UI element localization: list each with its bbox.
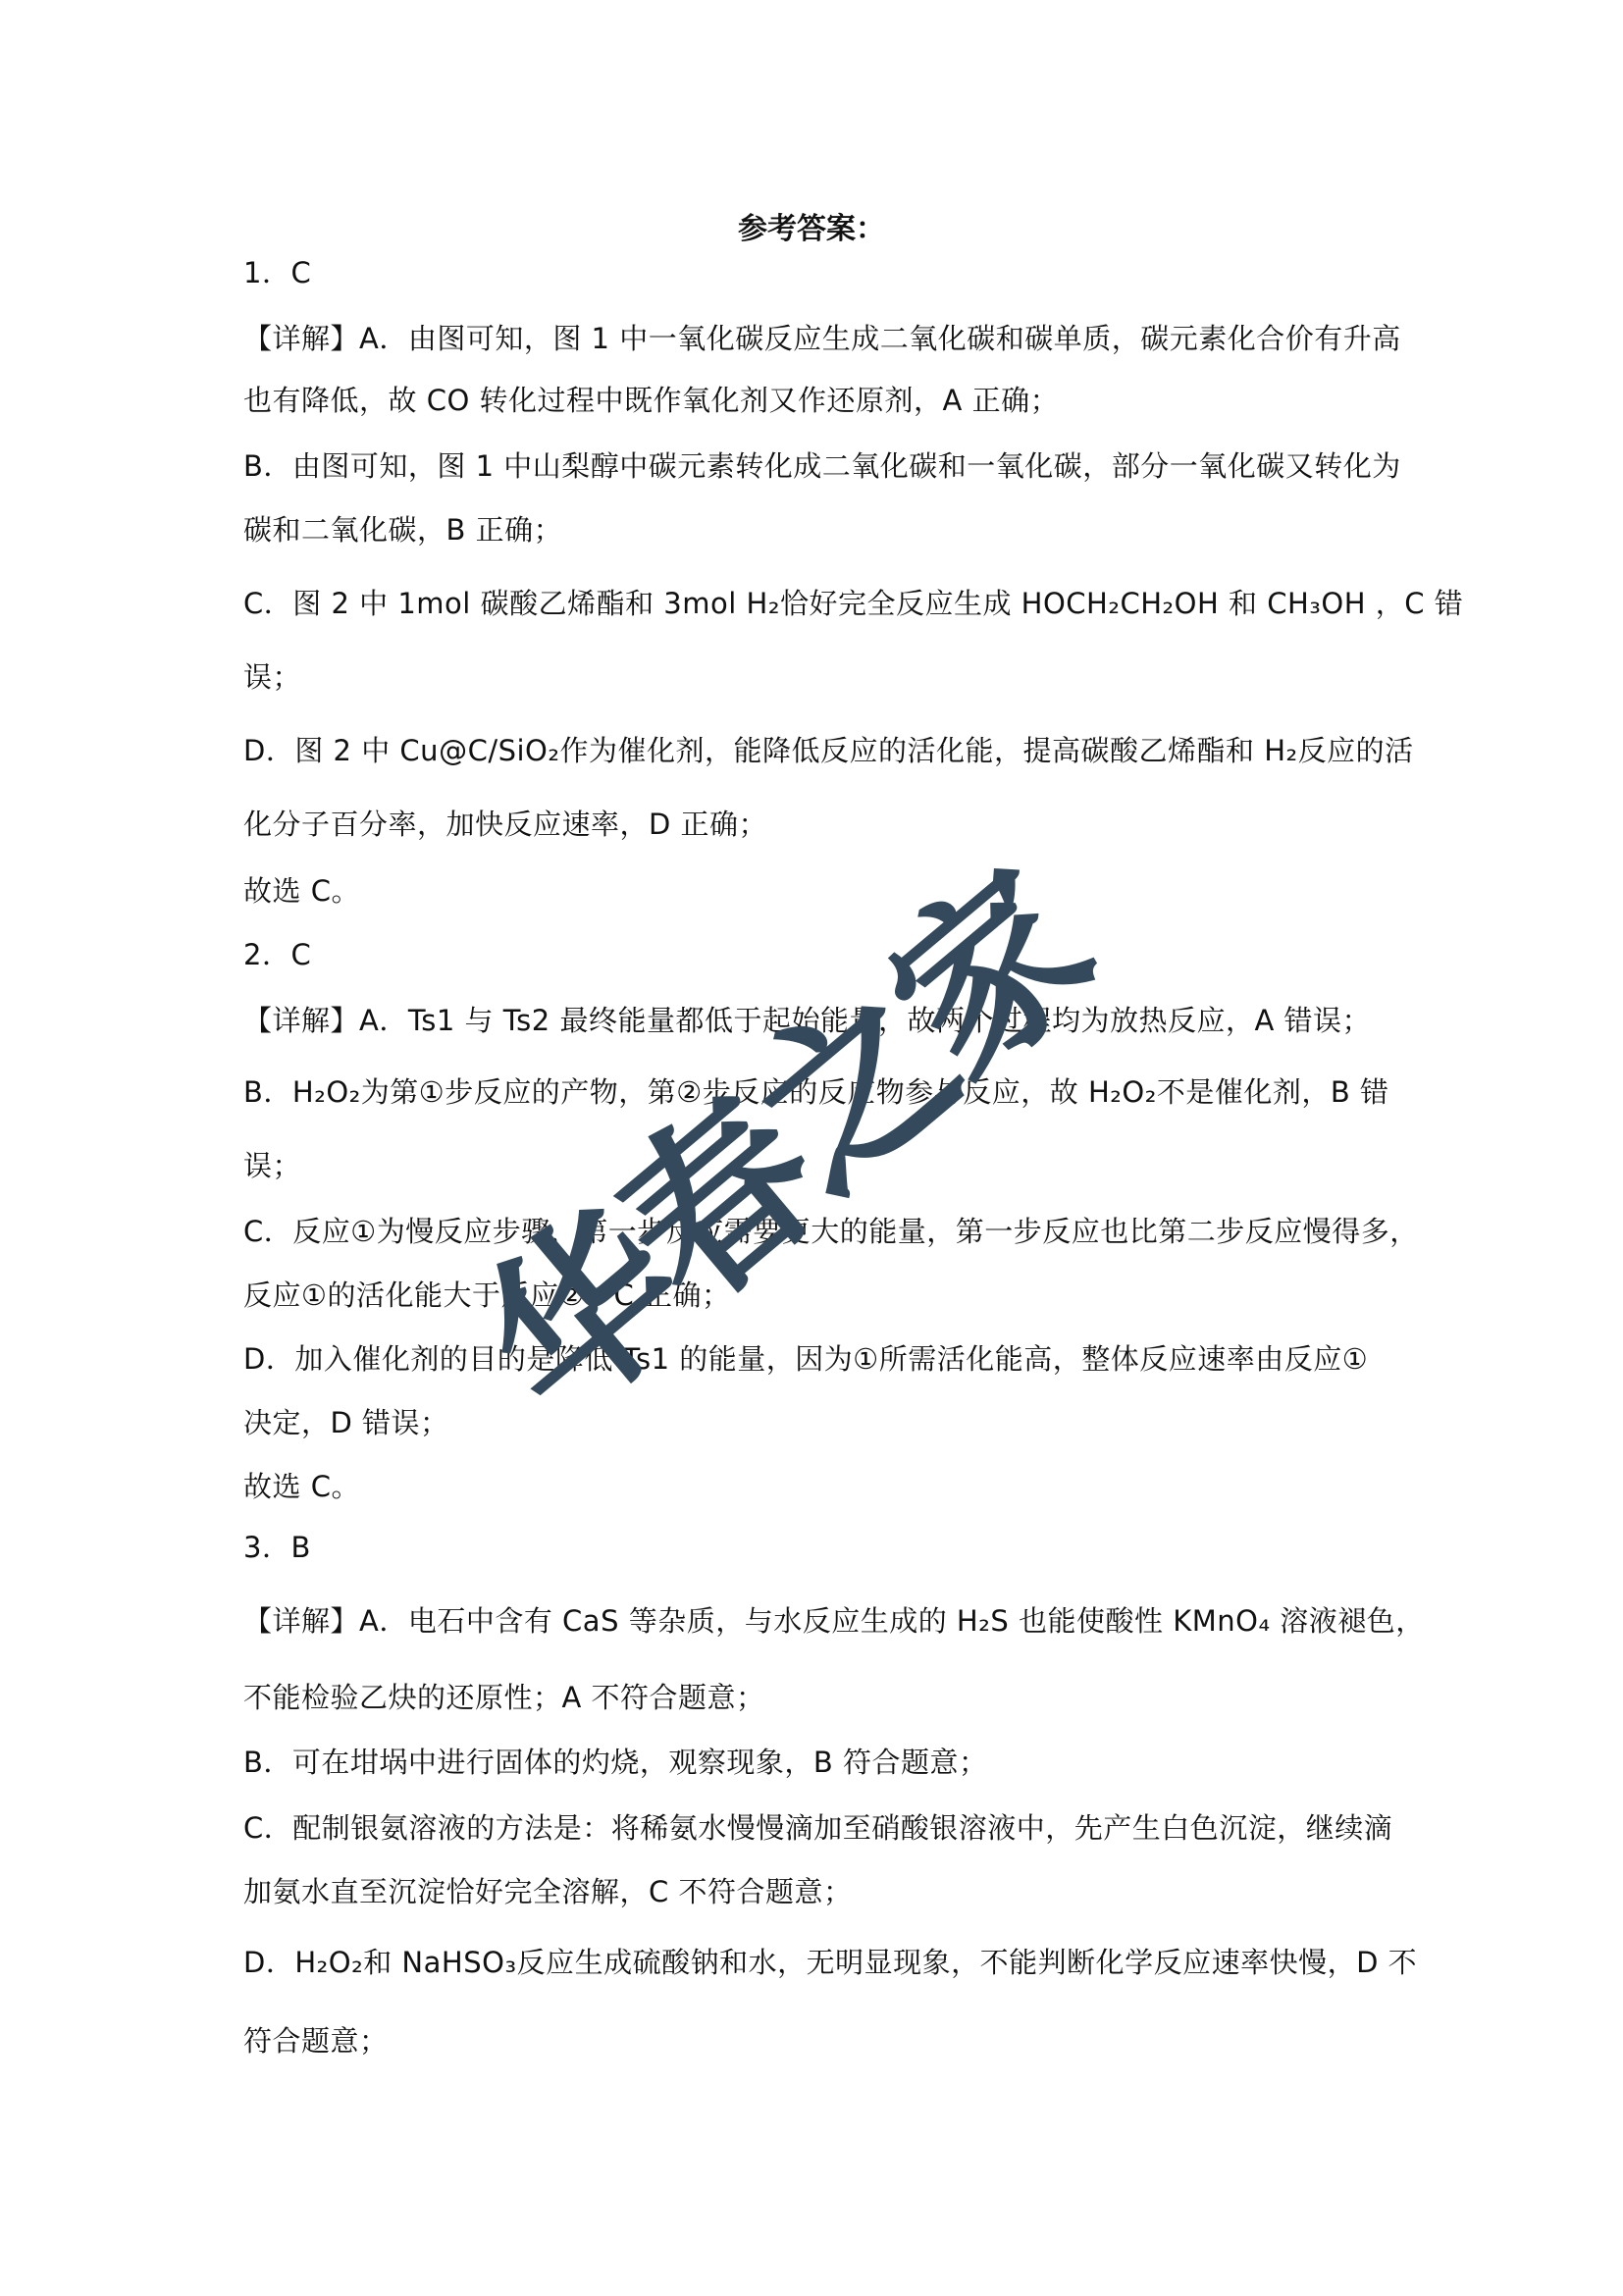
text-line: 决定，D 错误；: [243, 1405, 1391, 1440]
text-line: 误；: [243, 659, 1391, 695]
text-line: 不能检验乙炔的还原性；A 不符合题意；: [243, 1680, 1391, 1715]
text-line: 1．C: [243, 255, 1391, 290]
text-line: 反应①的活化能大于反应②，C 正确；: [243, 1278, 1391, 1313]
text-line: B．H₂O₂为第①步反应的产物，第②步反应的反应物参与反应，故 H₂O₂不是催化…: [243, 1074, 1391, 1110]
text-line: C．图 2 中 1mol 碳酸乙烯酯和 3mol H₂恰好完全反应生成 HOCH…: [243, 586, 1391, 621]
text-line: D．图 2 中 Cu@C/SiO₂作为催化剂，能降低反应的活化能，提高碳酸乙烯酯…: [243, 733, 1391, 768]
text-line: 故选 C。: [243, 1469, 1391, 1504]
text-line: 2．C: [243, 937, 1391, 972]
text-line: 【详解】A．Ts1 与 Ts2 最终能量都低于起始能量，故两个过程均为放热反应，…: [243, 1003, 1391, 1038]
text-line: 【详解】A．由图可知，图 1 中一氧化碳反应生成二氧化碳和碳单质，碳元素化合价有…: [243, 321, 1391, 356]
text-line: 也有降低，故 CO 转化过程中既作氧化剂又作还原剂，A 正确；: [243, 383, 1391, 418]
text-line: B．可在坩埚中进行固体的灼烧，观察现象，B 符合题意；: [243, 1745, 1391, 1780]
text-line: 化分子百分率，加快反应速率，D 正确；: [243, 807, 1391, 842]
text-line: B．由图可知，图 1 中山梨醇中碳元素转化成二氧化碳和一氧化碳，部分一氧化碳又转…: [243, 448, 1391, 484]
text-line: 碳和二氧化碳，B 正确；: [243, 512, 1391, 548]
text-line: 加氨水直至沉淀恰好完全溶解，C 不符合题意；: [243, 1874, 1391, 1909]
text-line: 【详解】A．电石中含有 CaS 等杂质，与水反应生成的 H₂S 也能使酸性 KM…: [243, 1603, 1391, 1639]
text-line: C．配制银氨溶液的方法是：将稀氨水慢慢滴加至硝酸银溶液中，先产生白色沉淀，继续滴: [243, 1810, 1391, 1846]
text-line: 符合题意；: [243, 2023, 1391, 2059]
text-line: 故选 C。: [243, 873, 1391, 909]
text-line: 误；: [243, 1148, 1391, 1183]
text-line: D．加入催化剂的目的是降低 Ts1 的能量，因为①所需活化能高，整体反应速率由反…: [243, 1341, 1391, 1377]
text-line: D．H₂O₂和 NaHSO₃反应生成硫酸钠和水，无明显现象，不能判断化学反应速率…: [243, 1945, 1391, 1980]
document-page: 参考答案： 1．C【详解】A．由图可知，图 1 中一氧化碳反应生成二氧化碳和碳单…: [0, 0, 1623, 2296]
text-line: 3．B: [243, 1530, 1391, 1565]
page-title: 参考答案：: [0, 204, 1623, 247]
text-line: C．反应①为慢反应步骤，第一步反应需要更大的能量，第一步反应也比第二步反应慢得多…: [243, 1214, 1391, 1249]
